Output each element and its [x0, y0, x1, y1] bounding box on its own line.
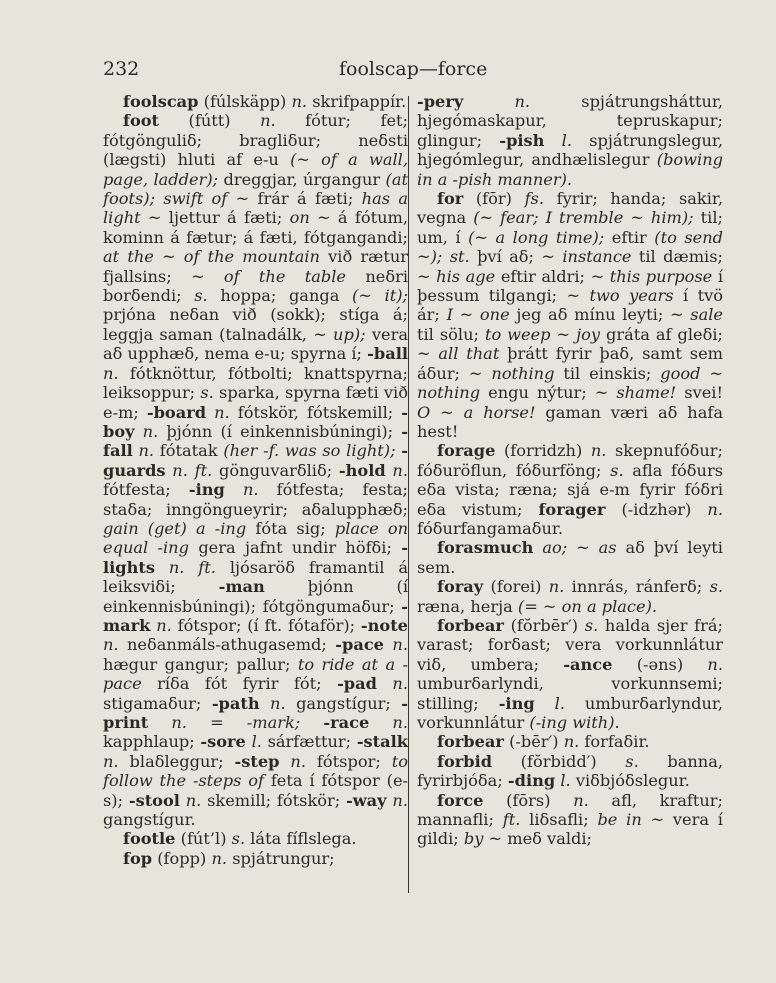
italic-text: n.: [392, 635, 408, 654]
subentry: -ing: [189, 480, 225, 499]
definition-text: [463, 92, 514, 111]
definition-text: (fōr): [463, 189, 524, 208]
dictionary-entry-forasmuch: forasmuch ao; ~ as aδ því leyti sem.: [417, 538, 723, 577]
italic-text: gain (get) a -ing: [103, 519, 246, 538]
italic-text: (~ a long time);: [468, 228, 604, 247]
italic-text: n.: [707, 655, 723, 674]
dictionary-entry-for: for (fōr) fs. fyrir; handa; sakir, vegna…: [417, 189, 723, 441]
definition-text: (fútt): [159, 111, 260, 130]
definition-text: innrás, ránferδ;: [564, 577, 709, 596]
dictionary-entry-forbear-n: forbear (-bēr′) n. forfaδir.: [417, 732, 723, 751]
subentry: -stalk: [357, 732, 408, 751]
headword: fop: [123, 849, 152, 868]
italic-text: (~ fear; I tremble ~ him);: [473, 208, 693, 227]
definition-text: (-idzhər): [605, 500, 707, 519]
definition-text: [377, 674, 392, 693]
italic-text: ao; ~ as: [542, 538, 616, 557]
italic-text: n.: [143, 422, 159, 441]
italic-text: be in ~: [597, 810, 664, 829]
italic-text: (~ it);: [352, 286, 408, 305]
definition-text: fótfesta;: [103, 480, 189, 499]
italic-text: n.: [171, 713, 187, 732]
italic-text: ~ his age: [417, 267, 495, 286]
italic-text: -mark;: [247, 713, 300, 732]
definition-text: [533, 538, 542, 557]
headword: forbear: [437, 616, 504, 635]
subentry: -sore: [200, 732, 245, 751]
dictionary-entry-foray: foray (forei) n. innrás, ránferδ; s. ræn…: [417, 577, 723, 616]
definition-text: (forridzh): [495, 441, 590, 460]
italic-text: s.: [200, 383, 213, 402]
definition-text: gangstígur.: [103, 810, 196, 829]
definition-text: eftir aldri;: [495, 267, 590, 286]
definition-text: (forei): [483, 577, 549, 596]
italic-text: O ~ a horse!: [417, 403, 536, 422]
subentry: -pad: [337, 674, 377, 693]
definition-text: gönguvarδliδ;: [212, 461, 339, 480]
dictionary-entry-fop-cont: -pery n. spjátrungsháttur, hjegómaskapur…: [417, 92, 723, 189]
definition-text: fóta sig;: [246, 519, 335, 538]
definition-text: (fopp): [152, 849, 211, 868]
definition-text: [260, 694, 270, 713]
dictionary-entry-footle: footle (fút’l) s. láta fíflslega.: [103, 829, 408, 848]
definition-text: frár á fæti;: [249, 189, 361, 208]
italic-text: l.: [555, 694, 565, 713]
dictionary-entry-forbear-v: forbear (fŏrbēr′) s. halda sjer frá; var…: [417, 616, 723, 732]
italic-text: ft.: [503, 810, 521, 829]
italic-text: on ~: [290, 208, 331, 227]
definition-text: ríδa fót fyrir fót;: [142, 674, 337, 693]
definition-text: liδsafli;: [520, 810, 597, 829]
definition-text: ljettur á fæti;: [162, 208, 290, 227]
definition-text: forfaδir.: [579, 732, 649, 751]
definition-text: meδ valdi;: [502, 829, 592, 848]
italic-text: ~ all that: [417, 344, 499, 363]
italic-text: s.: [585, 616, 598, 635]
italic-text: ~ nothing: [469, 364, 555, 383]
definition-text: (fŏrbidd′): [492, 752, 625, 771]
definition-text: jeg aδ mínu leyti;: [510, 305, 670, 324]
italic-text: n.: [260, 111, 276, 130]
definition-text: [135, 422, 143, 441]
definition-text: gera jafnt undir höfδi;: [189, 538, 401, 557]
italic-text: n. ft.: [169, 558, 216, 577]
subentry: -path: [212, 694, 260, 713]
headword: foot: [123, 111, 159, 130]
subentry: -race: [323, 713, 369, 732]
headword: footle: [123, 829, 175, 848]
italic-text: ~ shame!: [595, 383, 676, 402]
italic-text: n.: [186, 791, 202, 810]
italic-text: n.: [392, 713, 408, 732]
definition-text: engu nýtur;: [480, 383, 595, 402]
italic-text: n.: [243, 480, 259, 499]
definition-text: gráta af gleδi;: [600, 325, 723, 344]
definition-text: hægur gangur; pallur;: [103, 655, 298, 674]
definition-text: því aδ;: [470, 247, 542, 266]
headword: forage: [437, 441, 495, 460]
definition-text: [148, 713, 171, 732]
italic-text: n.: [392, 791, 408, 810]
headword: forbear: [437, 732, 504, 751]
definition-text: [206, 403, 214, 422]
running-head: foolscap—force: [339, 58, 487, 80]
dictionary-page: 232 foolscap—force foolscap (fúlskäpp) n…: [0, 0, 776, 983]
italic-text: n.: [138, 441, 154, 460]
definition-text: láta fíflslega.: [245, 829, 356, 848]
dictionary-entry-fop: fop (fopp) n. spjátrungur;: [103, 849, 408, 868]
italic-text: n.: [392, 674, 408, 693]
page-header: 232 foolscap—force: [103, 58, 728, 84]
subentry: -step: [235, 752, 280, 771]
italic-text: l.: [252, 732, 262, 751]
definition-text: stigamaδur;: [103, 694, 212, 713]
definition-text: viδbjóδslegur.: [571, 771, 690, 790]
definition-text: (fút’l): [175, 829, 231, 848]
headword: forasmuch: [437, 538, 533, 557]
subentry: -pish: [499, 131, 544, 150]
definition-text: [369, 713, 392, 732]
italic-text: fs.: [525, 189, 544, 208]
dictionary-entry-foolscap: foolscap (fúlskäpp) n. skrifpappír.: [103, 92, 408, 111]
definition-text: [544, 131, 561, 150]
italic-text: n.: [392, 461, 408, 480]
italic-text: ~ instance: [541, 247, 631, 266]
italic-text: s.: [625, 752, 638, 771]
definition-text: [300, 713, 323, 732]
subentry: -way: [346, 791, 387, 810]
italic-text: l.: [560, 771, 570, 790]
headword: foray: [437, 577, 483, 596]
italic-text: to weep ~ joy: [485, 325, 600, 344]
definition-text: skemill; fótskör;: [201, 791, 346, 810]
subentry: -board: [147, 403, 206, 422]
italic-text: s.: [232, 829, 245, 848]
definition-text: fóδurfangamaδur.: [417, 519, 563, 538]
italic-text: l.: [562, 131, 572, 150]
subentry: -ance: [563, 655, 612, 674]
subentry: -ball: [367, 344, 408, 363]
left-column: foolscap (fúlskäpp) n. skrifpappír.foot …: [103, 92, 408, 868]
dictionary-entry-foot: foot (fútt) n. fótur; fet; fótgönguliδ; …: [103, 111, 408, 829]
dictionary-entry-forbid: forbid (fŏrbidd′) s. banna, fyrirbjóδa; …: [417, 752, 723, 791]
subentry: -ing: [499, 694, 535, 713]
italic-text: n.: [292, 92, 308, 111]
headword: force: [437, 791, 483, 810]
definition-text: [279, 752, 290, 771]
definition-text: [225, 480, 243, 499]
definition-text: dreggjar, úrgangur: [218, 170, 385, 189]
dictionary-entry-forage: forage (forridzh) n. skepnufóδur; fóδurö…: [417, 441, 723, 538]
definition-text: skrifpappír.: [307, 92, 406, 111]
column-divider: [408, 96, 409, 893]
italic-text: n.: [573, 791, 589, 810]
definition-text: til einskis;: [554, 364, 660, 383]
italic-text: n.: [290, 752, 306, 771]
definition-text: gangstígur;: [286, 694, 402, 713]
subentry: -man: [219, 577, 265, 596]
italic-text: n.: [214, 403, 230, 422]
italic-text: by ~: [464, 829, 502, 848]
italic-text: n.: [211, 849, 227, 868]
italic-text: n.: [591, 441, 607, 460]
italic-text: n.: [549, 577, 565, 596]
italic-text: ~ sale: [670, 305, 723, 324]
definition-text: =: [187, 713, 247, 732]
italic-text: n.: [564, 732, 580, 751]
definition-text: ræna, herja: [417, 597, 518, 616]
italic-text: ~ two years: [567, 286, 674, 305]
italic-text: n.: [103, 364, 119, 383]
definition-text: (-əns): [612, 655, 707, 674]
italic-text: n.: [270, 694, 286, 713]
italic-text: n.: [156, 616, 172, 635]
dictionary-entry-force: force (fōrs) n. afl, kraftur; mannafli; …: [417, 791, 723, 849]
subentry: -note: [361, 616, 408, 635]
italic-text: (her -f. was so light);: [223, 441, 395, 460]
right-column: -pery n. spjátrungsháttur, hjegómaskapur…: [417, 92, 723, 849]
definition-text: (fŏrbēr′): [504, 616, 585, 635]
definition-text: svei!: [676, 383, 723, 402]
italic-text: (-ing with).: [529, 713, 619, 732]
definition-text: (fōrs): [483, 791, 573, 810]
definition-text: þjónn (í einkennisbúningi);: [158, 422, 401, 441]
definition-text: [535, 694, 555, 713]
definition-text: neδanmáls-athugasemd;: [119, 635, 336, 654]
definition-text: fótskör, fótskemill;: [230, 403, 402, 422]
definition-text: til sölu;: [417, 325, 485, 344]
italic-text: n. ft.: [172, 461, 212, 480]
headword: for: [437, 189, 463, 208]
subentry: -pery: [417, 92, 463, 111]
headword: foolscap: [123, 92, 198, 111]
italic-text: ~ up);: [313, 325, 365, 344]
headword: forbid: [437, 752, 492, 771]
definition-text: fótspor; (í ft. fótaför);: [172, 616, 361, 635]
definition-text: kapphlaup;: [103, 732, 200, 751]
definition-text: [155, 558, 169, 577]
subentry: -pace: [335, 635, 384, 654]
definition-text: (-bēr′): [504, 732, 564, 751]
italic-text: n.: [707, 500, 723, 519]
italic-text: (= ~ on a place).: [518, 597, 657, 616]
definition-text: eftir: [604, 228, 654, 247]
definition-text: fótspor;: [306, 752, 392, 771]
italic-text: at the ~ of the mountain: [103, 247, 320, 266]
definition-text: spjátrungur;: [227, 849, 335, 868]
definition-text: til dæmis;: [631, 247, 723, 266]
italic-text: I ~ one: [447, 305, 510, 324]
subentry: -stool: [129, 791, 180, 810]
page-number: 232: [103, 58, 139, 80]
subentry: forager: [538, 500, 605, 519]
subentry: -hold: [339, 461, 386, 480]
definition-text: sárfættur;: [262, 732, 357, 751]
italic-text: s.: [710, 577, 723, 596]
italic-text: n.: [103, 752, 119, 771]
italic-text: n.: [103, 635, 119, 654]
italic-text: n.: [514, 92, 530, 111]
italic-text: s.: [610, 461, 623, 480]
definition-text: blaδleggur;: [119, 752, 235, 771]
definition-text: (fúlskäpp): [198, 92, 291, 111]
italic-text: ~ this purpose: [591, 267, 713, 286]
definition-text: fótatak: [154, 441, 223, 460]
subentry: -ding: [508, 771, 555, 790]
italic-text: s.: [194, 286, 207, 305]
definition-text: hoppa; ganga: [208, 286, 352, 305]
italic-text: ~ of the table: [191, 267, 346, 286]
